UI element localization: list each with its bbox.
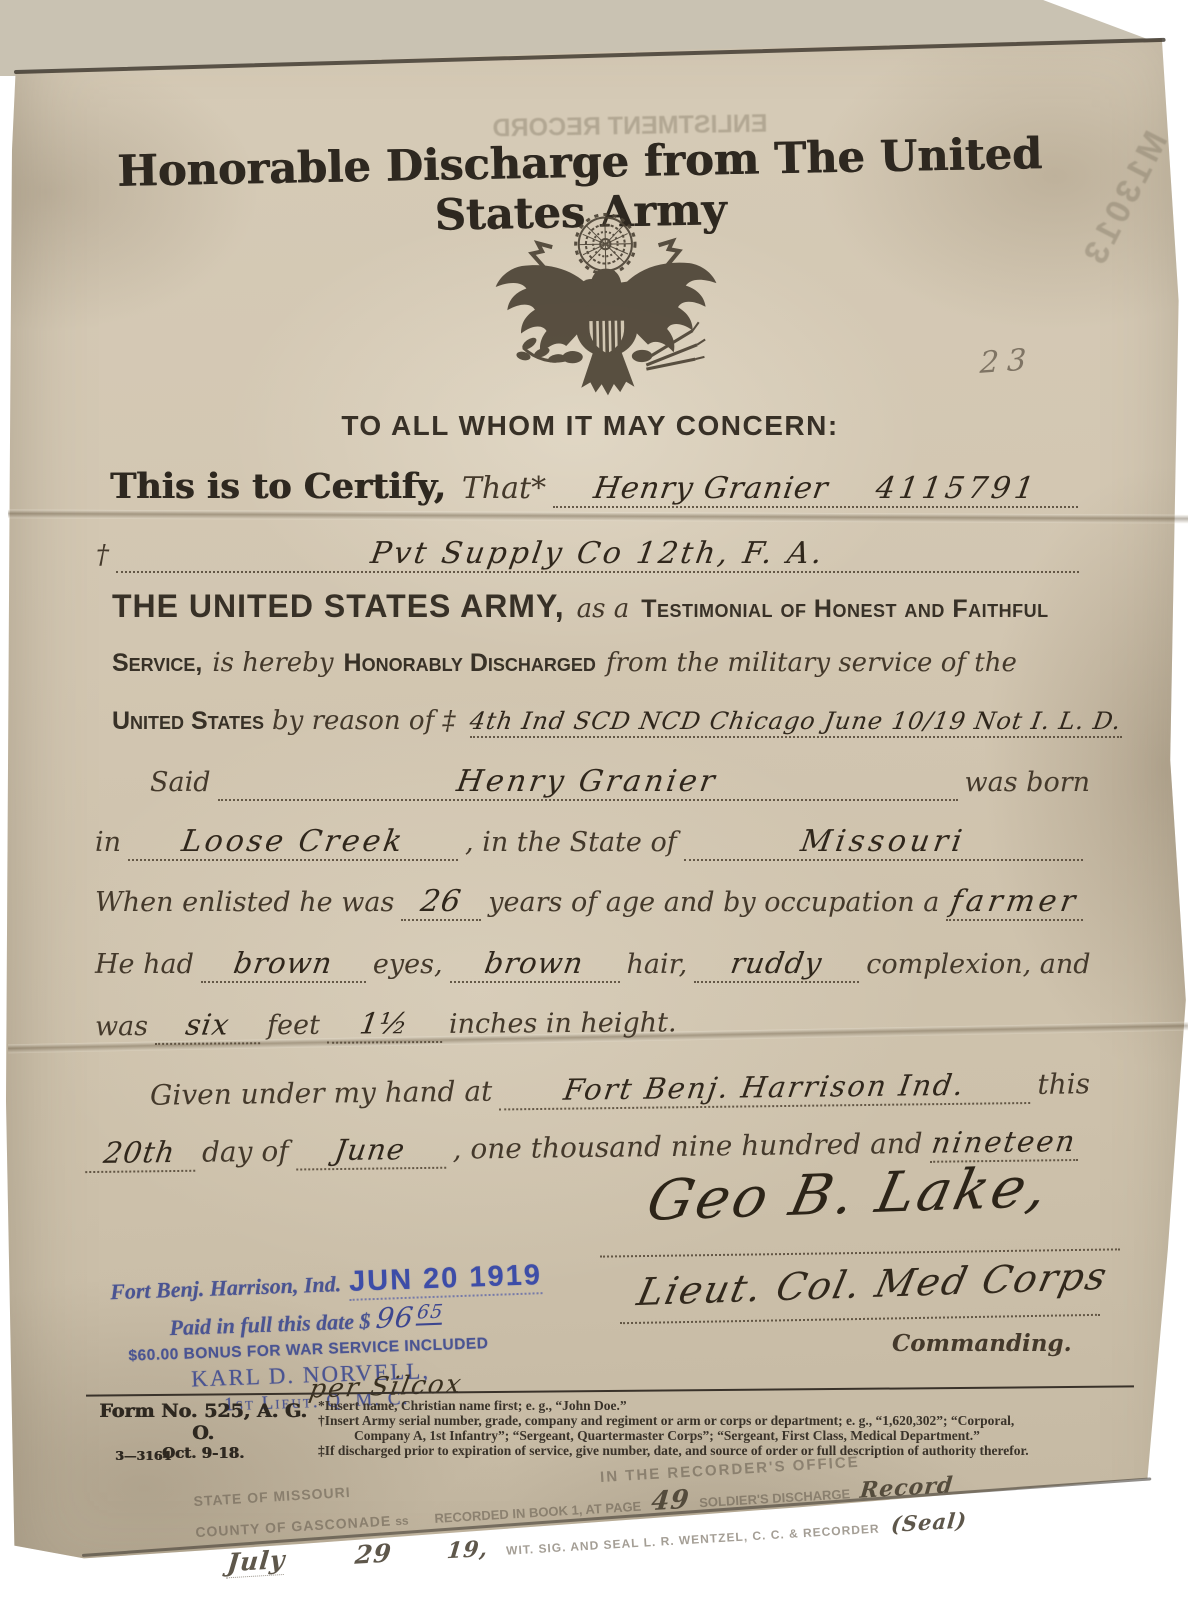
service-script2: from the military service of the: [606, 648, 1017, 678]
recorder-year-value: 19,: [446, 1536, 490, 1565]
desc-script2: eyes,: [373, 949, 443, 980]
unit-entry: Pvt Supply Co 12th, F. A.: [116, 536, 1079, 573]
footnote-4: ‡If discharged prior to expiration of se…: [318, 1443, 1118, 1458]
commanding-label: Commanding.: [892, 1330, 1072, 1357]
recorder-discharge: SOLDIER'S DISCHARGE: [699, 1486, 851, 1510]
army-line: THE UNITED STATES ARMY, as a Testimonial…: [112, 588, 1087, 625]
recorder-page-value: 49: [649, 1485, 690, 1517]
given-place-entry: Fort Benj. Harrison Ind.: [499, 1067, 1031, 1110]
certify-line: This is to Certify, That* Henry Granier …: [110, 466, 1085, 508]
certify-that: That*: [462, 471, 546, 506]
recorder-day-value: 29: [354, 1538, 394, 1569]
paid-stamp-date: JUN 20 1919: [349, 1259, 543, 1301]
recorder-month-value: July: [226, 1545, 287, 1579]
month-value: June: [333, 1132, 408, 1167]
height-script1: was: [95, 1011, 148, 1042]
date-script2: , one thousand nine hundred and: [452, 1127, 923, 1166]
service-line: Service, is hereby Honorably Discharged …: [112, 648, 1087, 678]
date-script1: day of: [202, 1135, 289, 1169]
dagger-mark: †: [96, 540, 109, 570]
height-script3: inches in height.: [449, 1007, 677, 1040]
recorder-ss: ss: [395, 1513, 409, 1528]
age-value: 26: [418, 884, 464, 919]
born-name-value: Henry Granier: [455, 764, 721, 799]
print-code: 3—3164: [115, 1448, 171, 1463]
day-entry: 20th: [85, 1135, 195, 1173]
place-script1: in: [95, 827, 121, 858]
army-lead: THE UNITED STATES ARMY,: [112, 588, 565, 625]
form-number: Form No. 525, A. G. O.: [98, 1400, 308, 1444]
feet-entry: six: [155, 1007, 260, 1045]
hair-value: brown: [483, 946, 587, 980]
born-script2: was born: [965, 767, 1090, 798]
reason-entry: 4th Ind SCD NCD Chicago June 10/19 Not I…: [470, 707, 1121, 738]
age-line: When enlisted he was 26 years of age and…: [95, 884, 1090, 921]
recorder-witness: WIT. SIG. AND SEAL L. R. WENTZEL, C. C. …: [506, 1522, 880, 1558]
footnote-1: *Insert name, Christian name first; e. g…: [318, 1398, 1118, 1413]
footnote-2: †Insert Army serial number, grade, compa…: [318, 1413, 1118, 1428]
born-line: Said Henry Granier was born: [150, 764, 1090, 801]
hair-entry: brown: [450, 946, 620, 983]
recorder-record-value: Record: [859, 1472, 955, 1504]
service-caps1: Service,: [112, 649, 202, 678]
given-place-value: Fort Benj. Harrison Ind.: [562, 1068, 968, 1107]
certify-lead: This is to Certify,: [110, 466, 446, 507]
footnotes: *Insert name, Christian name first; e. g…: [318, 1398, 1118, 1458]
eyes-entry: brown: [201, 946, 366, 983]
born-entry: Henry Granier: [218, 764, 958, 801]
salutation: TO ALL WHOM IT MAY CONCERN:: [90, 410, 1090, 442]
eyes-value: brown: [231, 946, 335, 980]
age-script1: When enlisted he was: [95, 887, 394, 918]
feet-value: six: [183, 1007, 232, 1041]
unit-value: Pvt Supply Co 12th, F. A.: [368, 536, 827, 571]
desc-script3: hair,: [627, 949, 688, 980]
state-value: Missouri: [798, 824, 968, 859]
height-line: was six feet 1½ inches in height.: [95, 1004, 775, 1046]
recorder-county: COUNTY OF GASCONADE: [195, 1513, 392, 1541]
description-line: He had brown eyes, brown hair, ruddy com…: [95, 946, 1090, 983]
reason-value: 4th Ind SCD NCD Chicago June 10/19 Not I…: [468, 707, 1124, 735]
day-value: 20th: [102, 1135, 178, 1170]
great-seal-eagle: [490, 203, 724, 417]
inches-entry: 1½: [327, 1006, 442, 1044]
name-entry: Henry Granier 4115791: [553, 471, 1078, 508]
birthplace-entry: Loose Creek: [128, 824, 458, 861]
reason-caps: United States: [112, 707, 264, 736]
given-script2: this: [1037, 1067, 1090, 1101]
paid-amount-cents: 65: [415, 1301, 444, 1326]
given-script1: Given under my hand at: [150, 1075, 493, 1112]
recorder-recorded: RECORDED IN BOOK 1, AT PAGE: [434, 1499, 642, 1526]
serial-value: 4115791: [873, 471, 1040, 506]
reason-script: by reason of ‡: [272, 706, 455, 736]
place-line: in Loose Creek , in the State of Missour…: [95, 824, 1090, 861]
desc-script1: He had: [95, 949, 194, 980]
unit-line: † Pvt Supply Co 12th, F. A.: [96, 536, 1086, 573]
name-value: Henry Granier: [591, 471, 831, 506]
born-script1: Said: [150, 767, 211, 798]
service-script1: is hereby: [212, 648, 333, 678]
discharge-certificate-photo: ENLISTMENT RECORD M13013 23 Honorable Di…: [0, 0, 1199, 1600]
paid-stamp-location: Fort Benj. Harrison, Ind.: [110, 1271, 342, 1305]
age-entry: 26: [401, 884, 481, 921]
complexion-value: ruddy: [728, 946, 824, 980]
paid-amount-dollars: 96: [374, 1301, 416, 1335]
recorder-seal-value: (Seal): [890, 1507, 968, 1537]
birthplace-value: Loose Creek: [179, 824, 407, 859]
month-entry: June: [295, 1132, 445, 1171]
complexion-entry: ruddy: [694, 946, 859, 983]
footnote-3: Company A, 1st Infantry”; “Sergeant, Qua…: [354, 1428, 1118, 1443]
reason-line: United States by reason of ‡ 4th Ind SCD…: [112, 706, 1097, 738]
occupation-entry: farmer: [946, 884, 1083, 921]
desc-script4: complexion, and: [866, 949, 1090, 980]
inches-value: 1½: [358, 1006, 412, 1040]
army-caps: Testimonial of Honest and Faithful: [641, 595, 1048, 624]
place-script2: , in the State of: [465, 827, 677, 858]
age-script2: years of age and by occupation a: [488, 887, 939, 918]
state-entry: Missouri: [684, 824, 1083, 861]
service-caps2: Honorably Discharged: [344, 649, 596, 678]
paid-label: Paid in full this date $: [169, 1308, 371, 1341]
occupation-value: farmer: [948, 884, 1081, 919]
height-script2: feet: [267, 1010, 320, 1041]
army-script: as a: [577, 594, 630, 624]
pencil-note: 23: [979, 342, 1035, 381]
